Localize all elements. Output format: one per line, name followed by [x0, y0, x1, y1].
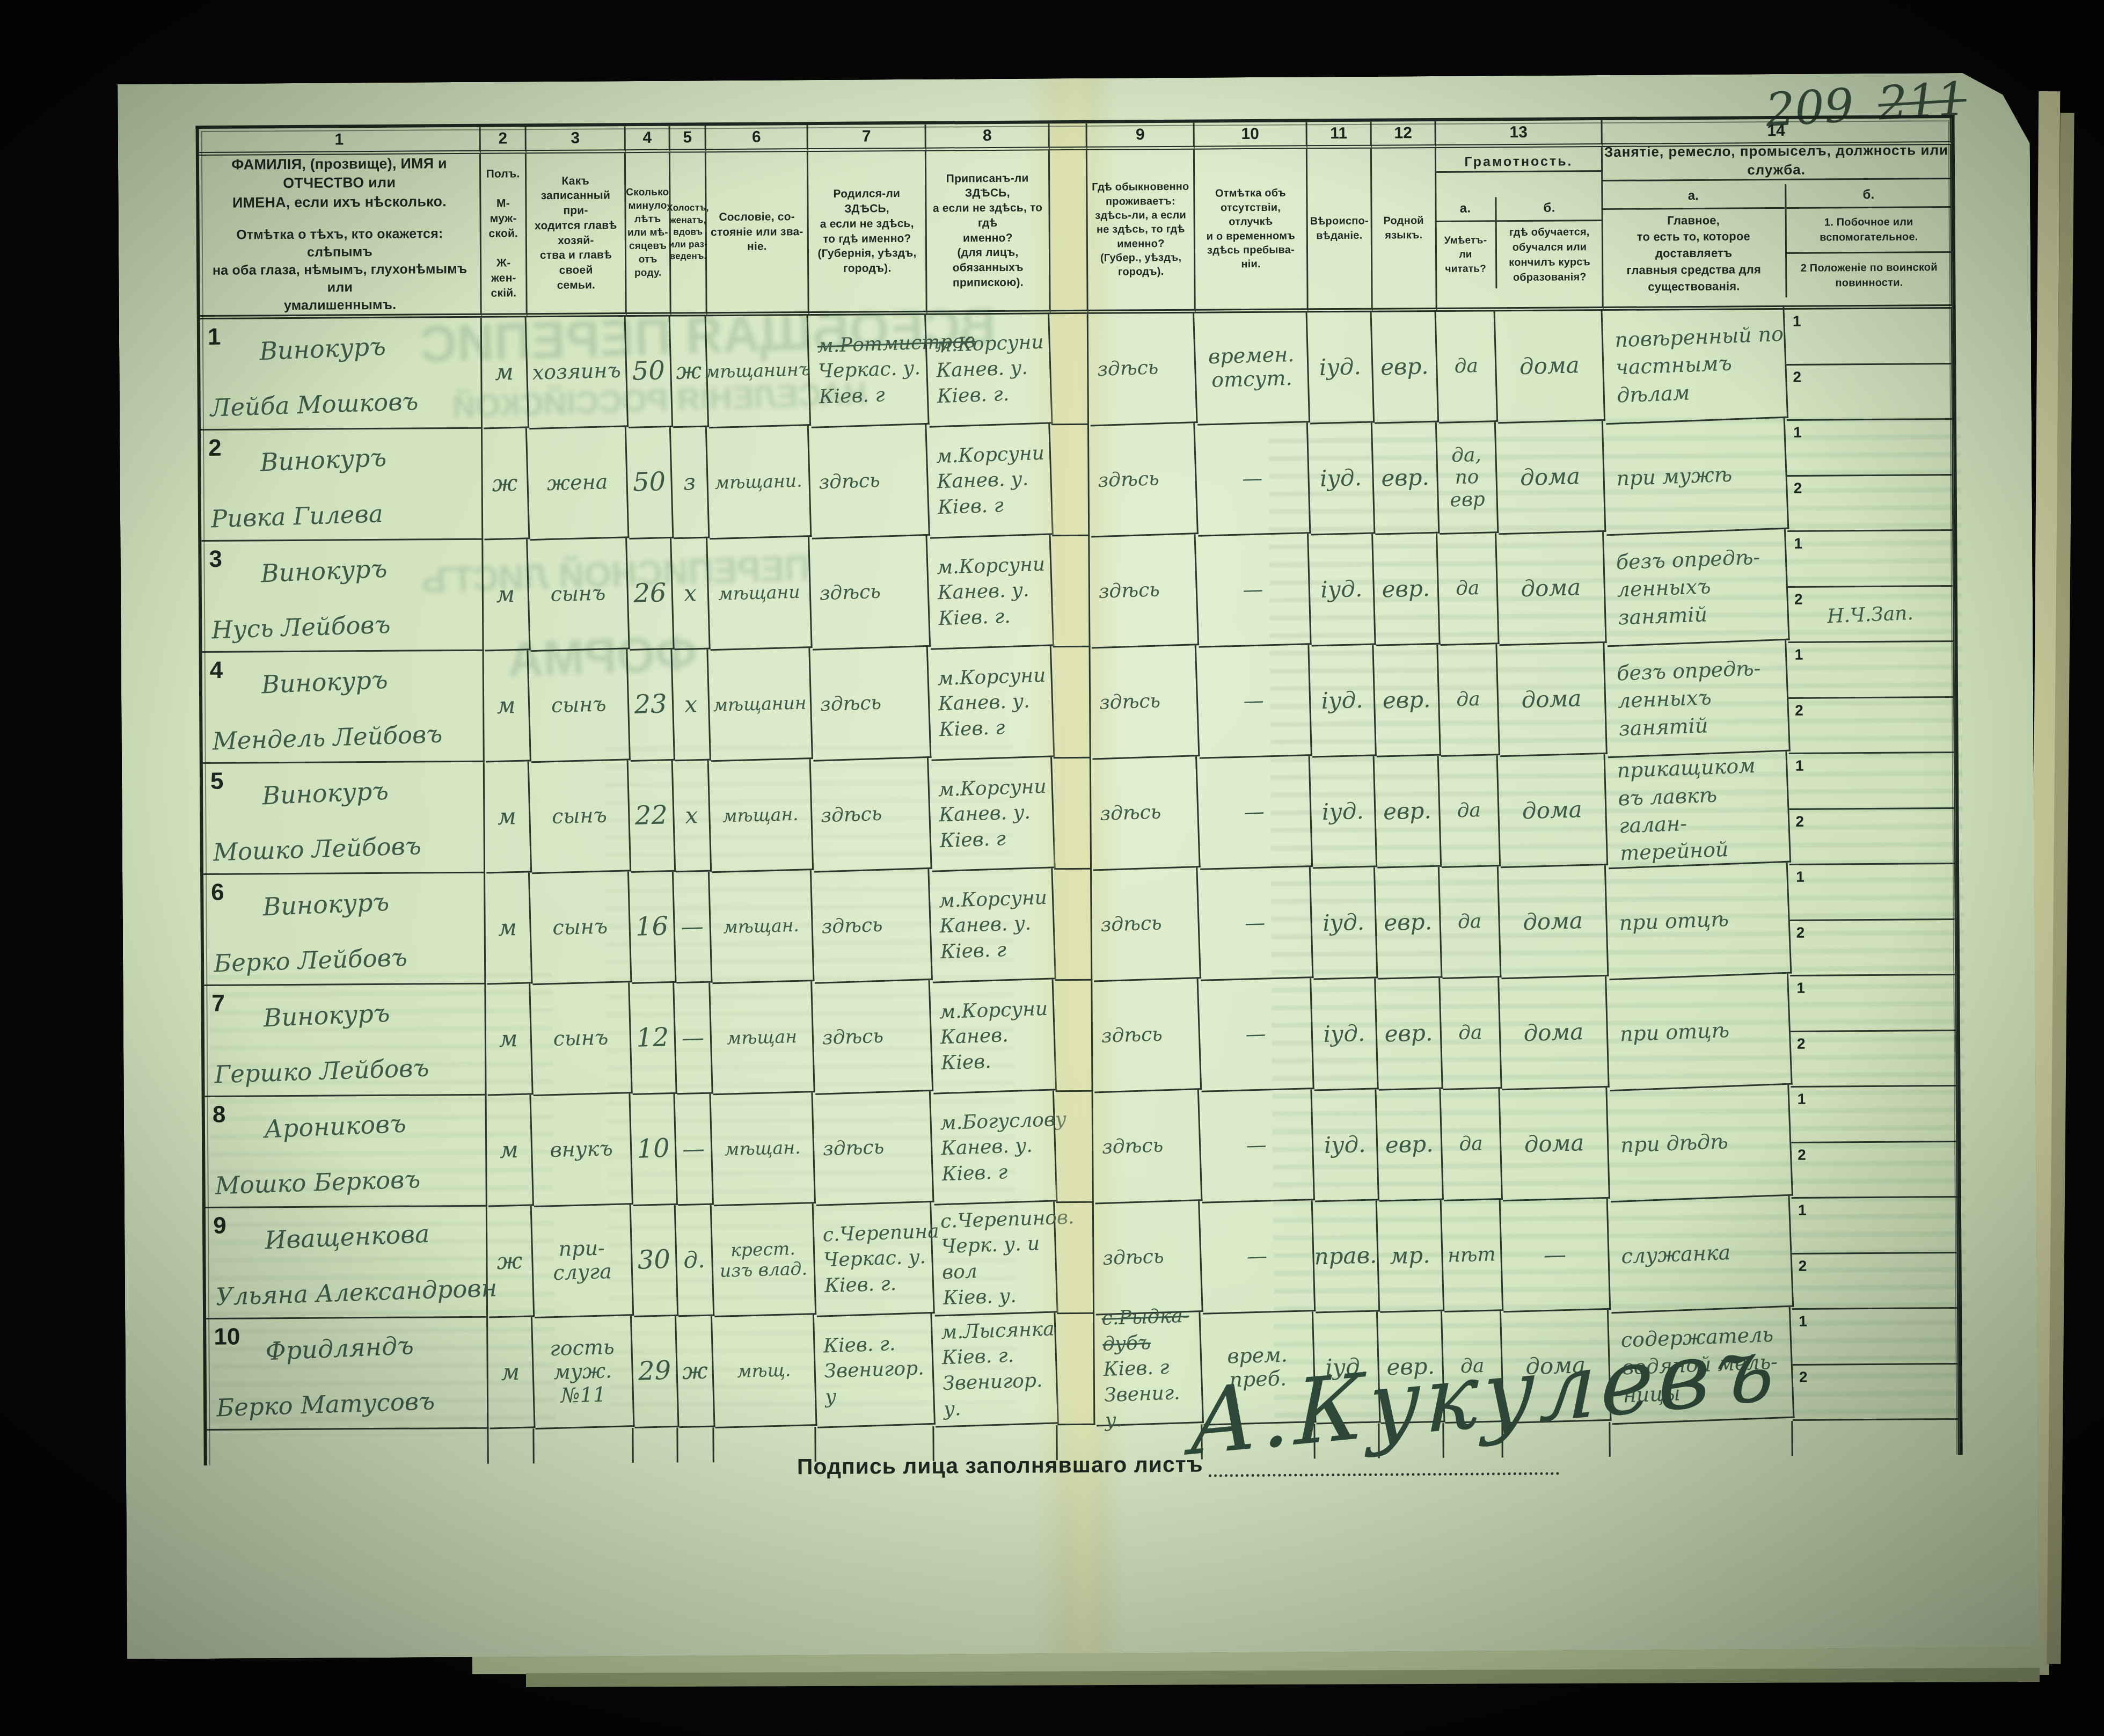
religion-value: іуд.	[1309, 645, 1377, 757]
person-cell: 6ВинокуръБерко Лейбовъ	[203, 873, 486, 986]
person-cell: 1ВинокуръЛейба Мошковъ	[200, 318, 483, 431]
row-number: 8	[213, 1102, 226, 1128]
sex-value: м	[483, 650, 531, 762]
person-cell: 3ВинокуръНусь Лейбовъ	[201, 540, 484, 653]
row-number: 3	[209, 546, 222, 573]
language-value: евр.	[1374, 645, 1441, 757]
marital-value: ж	[676, 1316, 715, 1428]
birthplace-text: здѣсь	[822, 1024, 883, 1051]
occupation-side-1-number: 1	[1799, 1313, 1807, 1330]
religion-value: іуд.	[1311, 978, 1379, 1091]
person-given-name: Мендель Лейбовъ	[212, 718, 483, 755]
person-given-name: Берко Лейбовъ	[213, 940, 484, 978]
fold-gutter	[1053, 647, 1091, 758]
reads-value: да	[1437, 533, 1500, 646]
relation-value: сынъ	[530, 871, 632, 985]
education-value: дома	[1499, 865, 1609, 979]
education-value: дома	[1496, 532, 1607, 646]
occupation-side-1-number: 1	[1796, 869, 1805, 886]
header-occupation-title: Занятіе, ремесло, промыселъ, должность и…	[1602, 141, 1950, 181]
header-literacy-b-label: б.	[1496, 196, 1602, 222]
marital-value: —	[674, 983, 713, 1095]
relation-value: сынъ	[528, 538, 630, 652]
occupation-side-2: 2	[1788, 698, 1954, 754]
occupation-side-1: 1	[1790, 975, 1955, 1032]
col-number-11: 11	[1307, 122, 1372, 149]
residence-text: здѣсь	[1101, 1133, 1163, 1161]
absence-value: —	[1199, 1089, 1315, 1203]
occupation-side-2-number: 2	[1796, 924, 1805, 942]
absence-value: —	[1198, 867, 1314, 981]
birthplace-value: здѣсь	[812, 980, 934, 1095]
header-literacy-a-text: Умѣетъ- ли читать?	[1436, 222, 1495, 289]
person-cell: 4ВинокуръМендель Лейбовъ	[202, 651, 485, 764]
religion-value: іуд.	[1311, 867, 1378, 980]
reads-value: да	[1438, 644, 1500, 757]
occupation-side-2: 2	[1793, 1365, 1958, 1421]
birthplace-value: здѣсь	[809, 536, 931, 651]
registration-value: м.Корсуни Канев. Кіев.	[930, 979, 1057, 1094]
relation-value: гость муж. №11	[532, 1316, 635, 1429]
language-value: евр.	[1375, 756, 1442, 869]
header-literacy-b-text: гдѣ обучается, обучался или кончилъ курс…	[1496, 221, 1603, 288]
person-given-name: Ривка Гилева	[210, 496, 481, 533]
occupation-side-1-number: 1	[1798, 1202, 1807, 1219]
occupation-side-2-number: 2	[1794, 591, 1803, 608]
col-number-1: 1	[199, 127, 481, 156]
fold-gutter	[1050, 123, 1087, 150]
occupation-main-value: безъ опредѣ- ленныхъ занятій	[1603, 529, 1790, 647]
occupation-side-1-number: 1	[1796, 980, 1805, 997]
table-stub-line	[678, 1427, 714, 1462]
fold-gutter	[1057, 1314, 1095, 1425]
col-number-13: 13	[1436, 120, 1603, 148]
header-registration: Приписанъ-ли ЗДѢСЬ, а если не здѣсь, то …	[926, 150, 1051, 315]
relation-value: при- слуга	[532, 1205, 634, 1318]
header-occupation-group: Занятіе, ремесло, промыселъ, должность и…	[1603, 145, 1953, 311]
absence-value: —	[1196, 534, 1312, 648]
occupation-side-1-number: 1	[1798, 1091, 1806, 1108]
occupation-side-cell: 12	[1786, 309, 1953, 421]
occupation-side-2: 2	[1791, 1031, 1956, 1088]
row-number: 9	[213, 1213, 227, 1239]
age-value: 26	[627, 538, 675, 651]
estate-value: мѣщанинъ	[706, 315, 812, 428]
birthplace-value: Кіев. г. Звенигор. у	[814, 1314, 936, 1428]
fold-gutter	[1052, 536, 1090, 647]
residence-text: здѣсь	[1099, 689, 1160, 716]
residence-text: здѣсь	[1100, 911, 1162, 938]
occupation-side-cell: 12	[1791, 1086, 1958, 1199]
birthplace-text: здѣсь	[821, 801, 882, 829]
person-surname: Арониковъ	[264, 1106, 486, 1144]
occupation-side-2: 2	[1786, 364, 1952, 421]
table-stub-line	[207, 1429, 488, 1465]
row-number: 10	[214, 1324, 240, 1351]
census-table: 1 2 3 4 5 6 7 8 9 10 11 12 13 14 ФАМИЛІЯ…	[196, 115, 1963, 1465]
reads-value: да	[1440, 978, 1502, 1090]
occupation-side-1: 1	[1789, 753, 1954, 810]
language-value: евр.	[1372, 311, 1440, 424]
table-stub-line	[488, 1428, 534, 1464]
person-surname: Фридляндъ	[265, 1328, 487, 1366]
occupation-side-cell: 12Н.Ч.Зап.	[1787, 531, 1954, 643]
occupation-side-1-number: 1	[1795, 646, 1803, 663]
col-number-10: 10	[1195, 122, 1307, 149]
header-age: Сколько минуло лѣтъ или мѣ- сяцевъ отъ р…	[626, 153, 671, 317]
occupation-side-cell: 12	[1788, 642, 1955, 754]
religion-value: іуд.	[1310, 756, 1378, 869]
row-number: 4	[210, 657, 223, 684]
religion-value: іуд.	[1307, 311, 1375, 424]
marital-value: д.	[676, 1205, 715, 1317]
education-value: дома	[1498, 754, 1609, 868]
person-surname: Винокуръ	[260, 550, 483, 588]
absence-value: —	[1196, 645, 1312, 759]
residence-value: здѣсь	[1087, 312, 1198, 426]
education-value: дома	[1500, 1088, 1610, 1201]
birthplace-value: здѣсь	[810, 758, 932, 873]
language-value: евр.	[1376, 1089, 1444, 1202]
occupation-side-2: 2	[1787, 476, 1953, 532]
education-value: дома	[1496, 421, 1606, 535]
person-surname: Винокуръ	[259, 328, 481, 366]
marital-value: з	[671, 427, 710, 539]
occupation-main-value: служанка	[1608, 1196, 1794, 1314]
row-number: 6	[211, 879, 224, 906]
marital-value: —	[675, 1094, 714, 1206]
occupation-main-value: при мужѣ	[1603, 418, 1789, 536]
age-value: 12	[630, 983, 677, 1095]
header-language: Родной языкъ.	[1372, 148, 1437, 312]
occupation-side-1: 1	[1789, 864, 1955, 921]
col-number-3: 3	[527, 126, 626, 154]
sex-value: м	[482, 539, 531, 651]
col-number-6: 6	[706, 125, 808, 152]
sex-value: ж	[486, 1206, 535, 1318]
marital-value: —	[674, 872, 713, 984]
residence-text: здѣсь	[1100, 800, 1161, 827]
birthplace-value: здѣсь	[813, 1091, 934, 1206]
residence-value: здѣсь	[1092, 1201, 1203, 1315]
birthplace-text: с.Черепина Черкас. у. Кіев. г.	[822, 1219, 941, 1299]
education-value: дома	[1497, 643, 1608, 757]
header-literacy-title: Грамотность.	[1435, 152, 1602, 173]
occupation-side-cell: 12	[1792, 1309, 1959, 1421]
relation-value: хозяинъ	[527, 316, 629, 429]
person-given-name: Берко Матусовъ	[216, 1385, 487, 1422]
residence-text: здѣсь	[1101, 1022, 1163, 1049]
birthplace-text: здѣсь	[820, 690, 881, 718]
residence-text: здѣсь	[1102, 1244, 1164, 1272]
occupation-side-2-number: 2	[1795, 702, 1803, 719]
sex-value: м	[484, 872, 533, 984]
row-number: 1	[208, 324, 221, 351]
birthplace-text: здѣсь	[819, 579, 881, 607]
occupation-side-2-number: 2	[1798, 1147, 1806, 1164]
reads-value: да	[1439, 755, 1501, 868]
education-value: —	[1501, 1199, 1611, 1312]
header-religion: Вѣроиспо- вѣданіе.	[1307, 149, 1373, 313]
header-occupation-b1: 1. Побочное или вспомогательное.	[1786, 208, 1952, 254]
relation-value: сынъ	[530, 982, 633, 1096]
age-value: 30	[631, 1205, 679, 1317]
col-number-5: 5	[670, 126, 706, 152]
fold-gutter	[1054, 758, 1092, 870]
relation-value: жена	[527, 427, 630, 541]
occupation-side-1-number: 1	[1793, 313, 1801, 330]
religion-value: прав.	[1313, 1200, 1380, 1313]
fold-gutter	[1056, 1203, 1094, 1314]
sex-value: м	[485, 983, 534, 1096]
residence-value: здѣсь	[1091, 979, 1202, 1093]
residence-value: здѣсь	[1088, 534, 1200, 648]
header-literacy-b: б. гдѣ обучается, обучался или кончилъ к…	[1495, 196, 1603, 288]
language-value: евр.	[1375, 867, 1443, 980]
estate-value: мѣщан.	[709, 759, 814, 873]
person-cell: 8АрониковъМошко Берковъ	[205, 1096, 487, 1208]
person-given-name: Лейба Мошковъ	[210, 385, 481, 422]
occupation-side-2-number: 2	[1794, 480, 1802, 497]
birthplace-value: здѣсь	[808, 425, 930, 539]
age-value: 16	[629, 872, 677, 984]
residence-value: здѣсь	[1089, 645, 1200, 760]
occupation-side-cell: 12	[1792, 1198, 1959, 1310]
absence-value: —	[1200, 1200, 1316, 1315]
header-name: ФАМИЛІЯ, (прозвище), ИМЯ и ОТЧЕСТВО или …	[199, 154, 482, 319]
person-cell: 10ФридляндъБерко Матусовъ	[206, 1318, 488, 1431]
census-sheet: ВСЕОБЩАЯ ПЕРЕПИС НАСЕЛЕНІЯ РОССІЙСКОЙ ПЕ…	[118, 72, 2039, 1659]
header-absence: Отмѣтка объ отсутствіи, отлучкѣ и о врем…	[1195, 149, 1309, 313]
registration-value: м.Корсуни Канев. у. Кіев. г	[929, 868, 1056, 983]
birthplace-text: Черкас. у. Кіев. г	[818, 356, 922, 410]
birthplace-text: Кіев. г. Звенигор. у	[823, 1330, 933, 1410]
header-occupation-b2: 2 Положеніе по воинской повинности.	[1787, 253, 1952, 297]
marital-value: ж	[670, 316, 710, 428]
birthplace-text: здѣсь	[821, 913, 883, 940]
header-name-main: ФАМИЛІЯ, (прозвище), ИМЯ и ОТЧЕСТВО или …	[202, 154, 477, 213]
occupation-side-2: 2	[1791, 1142, 1956, 1199]
col-number-4: 4	[626, 126, 670, 154]
reads-value: да	[1440, 866, 1502, 979]
estate-value: мѣщани	[707, 537, 813, 651]
estate-value: мѣщанин	[708, 648, 813, 762]
occupation-side-2-number: 2	[1797, 1035, 1806, 1053]
birthplace-text: здѣсь	[819, 468, 880, 495]
reads-value: да	[1436, 311, 1499, 424]
occupation-side-cell: 12	[1789, 864, 1956, 976]
reads-value: да	[1441, 1089, 1503, 1201]
occupation-side-1: 1	[1787, 531, 1953, 588]
header-occupation-a-text: Главное, то есть то, которое доставляетъ…	[1602, 208, 1785, 298]
marital-value: х	[673, 761, 712, 873]
header-sex: Полъ. М-муж- ской. Ж-жен- скій.	[481, 154, 528, 318]
occupation-side-1: 1	[1792, 1198, 1957, 1254]
birthplace-value: здѣсь	[810, 647, 932, 762]
person-cell: 7ВинокуръГершко Лейбовъ	[204, 984, 486, 1097]
person-surname: Иващенкова	[264, 1217, 486, 1255]
absence-value: —	[1197, 756, 1313, 870]
registration-value: м.Корсуни Канев. у. Кіев. г.	[927, 535, 1055, 650]
registration-value: м.Лысянка Кіев. г. Звенигор. у.	[932, 1312, 1059, 1427]
occupation-main-value: при отцѣ	[1605, 863, 1792, 981]
residence-text: здѣсь	[1097, 355, 1159, 383]
fold-gutter	[1051, 425, 1090, 536]
signature-line	[1209, 1468, 1559, 1477]
person-surname: Винокуръ	[263, 995, 485, 1033]
header-occupation-a-label: а.	[1602, 184, 1785, 209]
occupation-main-value: при отцѣ	[1606, 974, 1793, 1092]
occupation-side-2-number: 2	[1799, 1369, 1808, 1386]
fold-gutter	[1054, 870, 1092, 981]
col-number-7: 7	[808, 125, 926, 152]
person-cell: 9ИващенковаУльяна Александровн	[206, 1207, 488, 1319]
occupation-side-1: 1	[1788, 642, 1953, 699]
absence-value: —	[1195, 422, 1311, 537]
person-surname: Винокуръ	[261, 772, 484, 811]
table-stub-line	[633, 1428, 678, 1463]
fold-gutter	[1051, 314, 1089, 425]
age-value: 29	[632, 1316, 680, 1428]
residence-value: здѣсь	[1090, 867, 1201, 982]
header-birthplace: Родился-ли ЗДѢСЬ, а если не здѣсь, то гд…	[808, 151, 927, 316]
person-given-name: Гершко Лейбовъ	[214, 1052, 485, 1089]
occupation-side-2-number: 2	[1795, 813, 1804, 830]
education-value: дома	[1495, 310, 1606, 424]
age-value: 50	[626, 316, 674, 428]
language-value: евр.	[1373, 534, 1441, 646]
sex-value: ж	[481, 428, 530, 540]
occupation-side-1-number: 1	[1795, 757, 1804, 775]
col-number-2: 2	[481, 127, 527, 154]
occupation-main-value: прикащиком въ лавкѣ галан- терейной	[1605, 752, 1792, 870]
sex-value: м	[484, 761, 532, 873]
row-number: 2	[208, 435, 222, 462]
occupation-side-cell: 12	[1790, 975, 1957, 1088]
religion-value: іуд.	[1309, 534, 1376, 646]
occupation-side-2: 2	[1789, 809, 1954, 865]
occupation-main-value: повѣренный по частнымъ дѣлам	[1602, 307, 1789, 425]
reads-value: да, по евр	[1437, 422, 1499, 535]
occupation-side-1: 1	[1792, 1309, 1957, 1366]
religion-value: іуд.	[1308, 422, 1376, 535]
fold-gutter	[1055, 981, 1093, 1092]
residence-value: с.Рыдка- дубъКіев. г Звениг. у.	[1093, 1312, 1204, 1426]
occupation-side-1: 1	[1787, 420, 1952, 477]
header-occupation-b-label: б.	[1786, 183, 1951, 209]
person-given-name: Мошко Лейбовъ	[213, 829, 484, 866]
occupation-side-cell: 12	[1789, 753, 1956, 865]
age-value: 10	[630, 1094, 678, 1206]
person-surname: Винокуръ	[261, 661, 483, 699]
estate-value: мѣщ.	[712, 1315, 817, 1428]
absence-value: —	[1199, 978, 1314, 1092]
header-marital: Холостъ, женатъ, вдовъ или раз- веденъ.	[670, 152, 707, 316]
header-residence: Гдѣ обыкновенно проживаетъ: здѣсь-ли, а …	[1087, 150, 1196, 314]
estate-value: мѣщан.	[710, 870, 815, 984]
residence-text: Кіев. г Звениг. у.	[1103, 1354, 1203, 1433]
occupation-side-cell: 12	[1787, 420, 1954, 532]
marital-value: х	[671, 538, 711, 651]
registration-value: м.Корсуни Канев. у. Кіев. г	[928, 646, 1055, 761]
sex-value: м	[485, 1095, 534, 1207]
birthplace-value: здѣсь	[811, 869, 933, 984]
residence-text: здѣсь	[1098, 578, 1160, 605]
occupation-side-1: 1	[1786, 309, 1952, 366]
row-number: 5	[210, 768, 224, 795]
occupation-main-value: безъ опредѣ- ленныхъ занятій	[1604, 640, 1791, 758]
absence-value: времен. отсут.	[1195, 311, 1311, 426]
religion-value: іуд.	[1312, 1089, 1379, 1202]
sex-value: м	[481, 317, 530, 429]
occupation-side-1: 1	[1791, 1086, 1956, 1143]
language-value: мр.	[1377, 1200, 1445, 1313]
occupation-side-2: 2	[1792, 1253, 1957, 1310]
occupation-side-1-number: 1	[1793, 424, 1802, 441]
person-cell: 2ВинокуръРивка Гилева	[201, 429, 483, 542]
col-number-8: 8	[926, 123, 1050, 151]
row-number: 7	[211, 990, 225, 1017]
photo-background: ВСЕОБЩАЯ ПЕРЕПИС НАСЕЛЕНІЯ РОССІЙСКОЙ ПЕ…	[0, 0, 2104, 1736]
person-given-name: Нусь Лейбовъ	[211, 607, 483, 644]
fold-gutter	[1050, 150, 1088, 314]
header-name-note: Отмѣтка о тѣхъ, кто окажется: слѣпымъ на…	[203, 225, 477, 315]
person-given-name: Ульяна Александровн	[215, 1274, 486, 1311]
registration-value: м.Корсуни Канев. у. Кіев. г.	[926, 312, 1053, 427]
reads-value: нѣт	[1442, 1200, 1504, 1312]
header-literacy-a-label: а.	[1436, 197, 1495, 222]
residence-value: здѣсь	[1092, 1090, 1203, 1204]
sex-value: м	[487, 1317, 536, 1429]
residence-text: здѣсь	[1098, 466, 1159, 494]
occupation-side-2: 2Н.Ч.Зап.	[1788, 587, 1953, 643]
header-estate: Сословіе, со- стояніе или зва- ніе.	[706, 152, 809, 316]
signature-row: Подпись лица заполнявшаго листъ	[797, 1450, 1559, 1480]
registration-value: с.Черепинов. Черк. у. и вол Кіев. у.	[931, 1201, 1058, 1316]
fold-gutter	[1056, 1092, 1094, 1203]
col-number-9: 9	[1087, 123, 1195, 150]
header-occupation-a: а. Главное, то есть то, которое доставля…	[1602, 184, 1785, 298]
education-value: дома	[1499, 976, 1610, 1090]
signature-label: Подпись лица заполнявшаго листъ	[797, 1452, 1203, 1480]
marital-value: х	[672, 650, 711, 762]
header-occupation-b: б. 1. Побочное или вспомогательное. 2 По…	[1785, 183, 1952, 298]
birthplace-value: м.РотмистровЧеркас. у. Кіев. г	[808, 313, 930, 428]
person-surname: Винокуръ	[262, 884, 484, 922]
registration-value: м.Корсуни Канев. у. Кіев. г	[929, 757, 1056, 872]
occupation-side-2-number: 2	[1798, 1258, 1807, 1275]
estate-value: мѣщан.	[711, 1092, 816, 1206]
estate-value: мѣщан	[710, 981, 815, 1095]
language-value: евр.	[1372, 422, 1440, 535]
estate-value: крест. изъ влад.	[712, 1203, 817, 1317]
relation-value: сынъ	[528, 649, 631, 763]
registration-value: м.Корсуни Канев. у. Кіев. г	[926, 424, 1054, 538]
occupation-side-1-number: 1	[1794, 535, 1802, 552]
residence-crossed: с.Рыдка- дубъ	[1101, 1303, 1190, 1357]
age-value: 50	[626, 427, 674, 539]
birthplace-value: с.Черепина Черкас. у. Кіев. г.	[813, 1202, 935, 1317]
header-literacy-a: а. Умѣетъ- ли читать?	[1436, 197, 1495, 289]
occupation-side-2-value: Н.Ч.Зап.	[1827, 602, 1914, 628]
birthplace-text: здѣсь	[822, 1135, 884, 1162]
person-given-name: Мошко Берковъ	[215, 1163, 486, 1200]
occupation-main-value: при дѣдѣ	[1606, 1085, 1793, 1203]
header-relation: Какъ записанный при- ходится главѣ хозяй…	[527, 153, 627, 317]
relation-value: внукъ	[531, 1093, 633, 1207]
language-value: евр.	[1376, 978, 1443, 1091]
person-cell: 5ВинокуръМошко Лейбовъ	[203, 762, 485, 875]
